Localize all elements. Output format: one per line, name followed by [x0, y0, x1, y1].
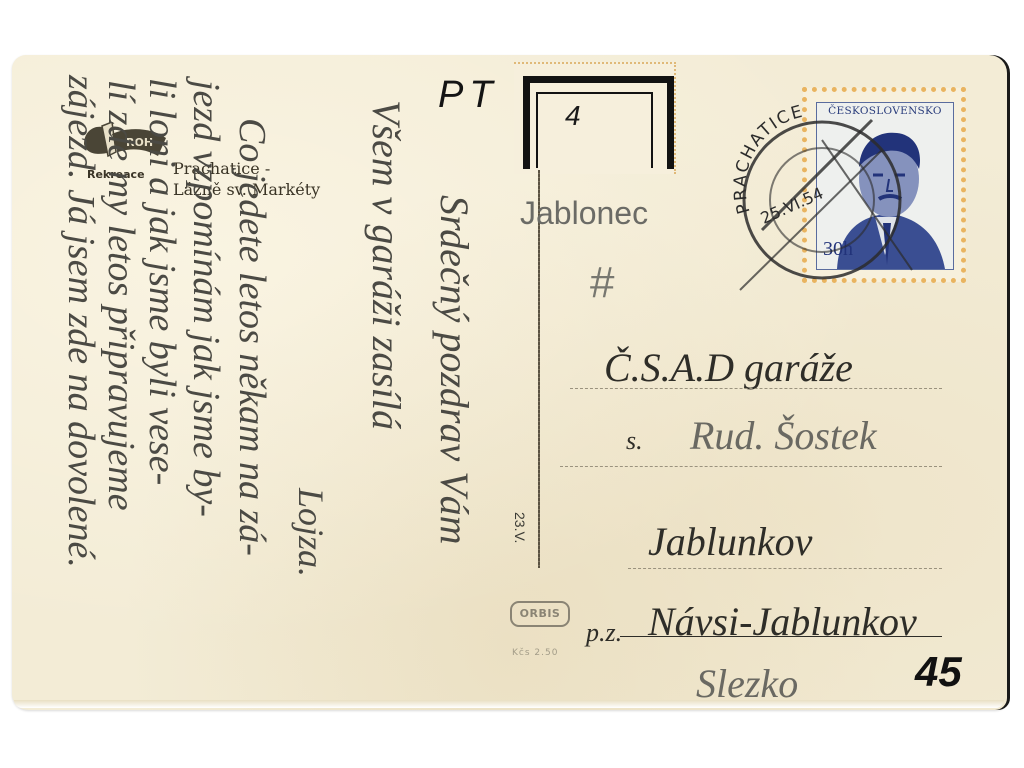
- postcard-shadow: [14, 700, 1004, 708]
- address-line-2: Rud. Šostek: [690, 412, 877, 459]
- message-line: li loni a jak jsme byli vese-: [140, 78, 184, 485]
- pencil-hash-note: #: [590, 258, 614, 308]
- pt-mark: PT: [438, 74, 499, 117]
- message-line: jezd vzpomínám jak jsme by-: [184, 80, 228, 517]
- message-line: Všem v garáži zasílá: [363, 100, 410, 430]
- address-rule: [570, 388, 942, 389]
- stamp-value: 30h: [823, 238, 853, 261]
- stamp-country: ČESKOSLOVENSKO: [817, 105, 953, 117]
- orbis-mark: ORBIS: [510, 601, 570, 627]
- stamp-frame-inner: [536, 92, 653, 168]
- postage-stamp-image: ČESKOSLOVENSKO 30h: [816, 102, 954, 270]
- address-prefix: p.z.: [586, 618, 622, 648]
- address-line-5: Slezko: [696, 660, 798, 707]
- corner-number-note: 45: [915, 648, 962, 696]
- price-code: Kčs 2.50: [512, 648, 558, 658]
- message-line: zájezd. Já jsem zde na dovolené.: [59, 75, 103, 568]
- address-rule: [560, 466, 942, 467]
- address-line-3: Jablunkov: [648, 518, 812, 565]
- pencil-town-note: Jablonec: [520, 195, 648, 232]
- address-underline: [620, 636, 942, 637]
- address-prefix: s.: [626, 426, 643, 456]
- message-line: Srdečný pozdrav Vám: [431, 195, 478, 545]
- address-line-1: Č.S.A.D garáže: [604, 344, 853, 391]
- message-line: lí zde my letos připravujeme: [99, 80, 143, 511]
- address-rule: [628, 568, 942, 569]
- message-line: Co jedete letos někam na zá-: [230, 118, 274, 556]
- postage-stamp: ČESKOSLOVENSKO 30h: [803, 88, 965, 282]
- address-line-4: Návsi-Jablunkov: [648, 598, 917, 645]
- date-note: 23.V.: [512, 512, 528, 543]
- frame-number: 4: [565, 100, 581, 132]
- message-signature: Lojza.: [290, 488, 332, 577]
